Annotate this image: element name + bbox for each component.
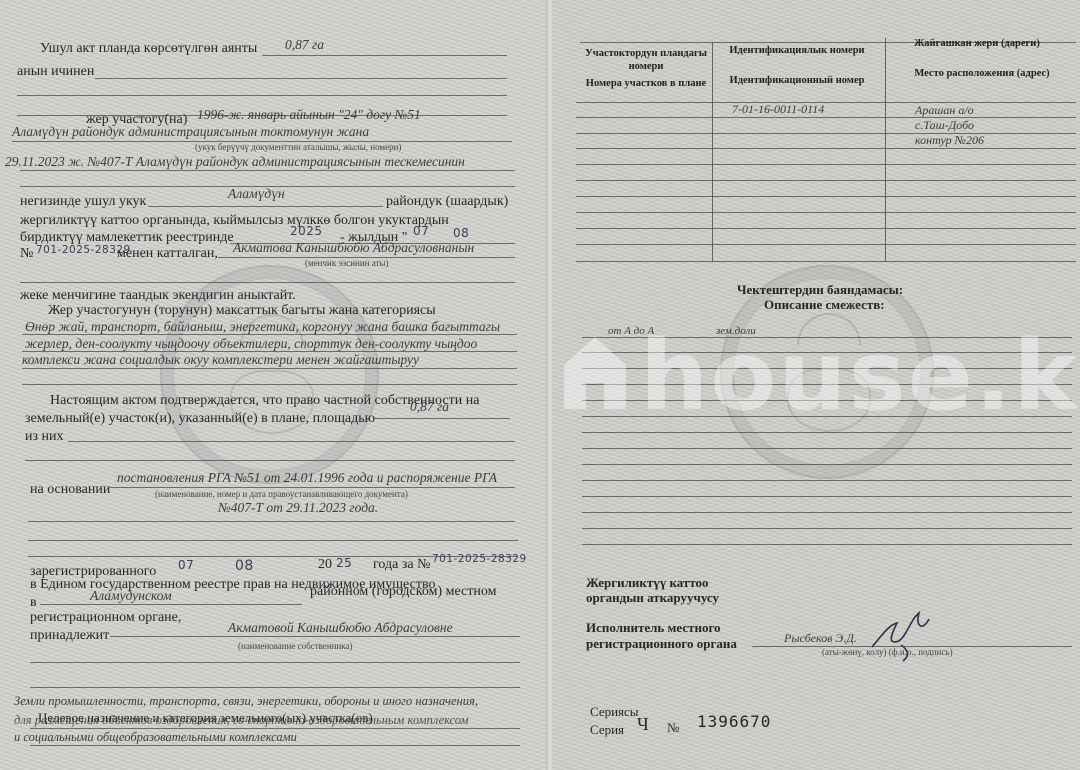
number-sign: № (667, 720, 679, 736)
adjacency-title-ru: Описание смежеств: (764, 297, 885, 313)
ru-owner: Акматовой Канышбюбю Абдрасуловне (228, 620, 453, 636)
registry-month: 08 (453, 226, 469, 240)
col-header-id-ru: Идентификационный номер (727, 74, 867, 87)
ru-district: Аламудунском (90, 588, 172, 604)
house-icon (560, 333, 630, 413)
purpose-label: Жер участогунун (торунун) максаттык багы… (48, 303, 436, 319)
table-cell-address-1: Арашан а/о (915, 102, 974, 118)
executor-ru-2: регистрационного органа (586, 636, 737, 652)
col-header-plan-no-ru: Номера участков в плане (580, 77, 712, 90)
ru-purpose-value-2: для размещения объектов оздоровления, со… (14, 712, 469, 728)
ru-basis-caption: (наименование, номер и дата правоустанав… (155, 489, 408, 499)
ru-basis-label: на основании (30, 482, 110, 498)
ru-purpose-value-3: и социальными общеобразовательными компл… (14, 729, 297, 745)
ru-reg-organ: регистрационном органе, (30, 610, 181, 626)
ru-of-them: из них (25, 429, 64, 445)
ru-basis-value-1: постановления РГА №51 от 24.01.1996 года… (117, 470, 497, 486)
purpose-value-2: жерлер, ден-соолукту чыңдоочу объектилер… (25, 336, 477, 352)
table-cell-address-2: с.Таш-Добо (915, 117, 974, 133)
ru-in: в (30, 595, 37, 611)
owner-caption: (менчик ээсинин аты) (305, 258, 388, 268)
plot-value-1: 1996-ж. январь айынын "24" догу №51 (197, 107, 421, 123)
registered-label: менен катталган, (117, 246, 218, 262)
executor-kg-2: органдын аткаруучусу (586, 590, 719, 606)
doc-caption: (укук берүүчү документтин аталышы, жылы,… (195, 142, 401, 152)
ru-owner-caption: (наименование собственника) (238, 641, 353, 651)
ru-basis-value-2: №407-Т от 29.11.2023 года. (218, 500, 378, 516)
ru-district-suffix: районном (городском) местном (310, 584, 496, 600)
registry-no-prefix: № (20, 246, 33, 262)
series-ru-label: Серия (590, 722, 624, 738)
ru-area: 0,87 га (410, 399, 449, 415)
area-label: Ушул акт планда көрсөтүлгөн аянты (40, 41, 257, 57)
table-cell-address-3: контур №206 (915, 132, 984, 148)
registry-year: 2025 (290, 224, 323, 238)
executor-ru-1: Исполнитель местного (586, 620, 721, 636)
basis-label: негизинде ушул укук (20, 194, 146, 210)
col-header-address-kg: Жайгашкан жери (дареги) (907, 37, 1047, 50)
ru-belongs: принадлежит (30, 628, 109, 644)
ru-year-prefix: 20 (318, 557, 332, 573)
left-page: Ушул акт планда көрсөтүлгөн аянты 0,87 г… (0, 0, 548, 770)
basis-district: Аламүдүн (228, 186, 285, 202)
col-header-address-ru: Место расположения (адрес) (907, 67, 1057, 80)
col-header-plan-no-kg: Участоктордун пландагы номери (580, 47, 712, 73)
ru-day: 07 (178, 558, 194, 572)
executor-kg-1: Жергиликтүү каттоо (586, 575, 709, 591)
ru-confirm-2: земельный(е) участок(и), указанный(е) в … (25, 411, 375, 427)
signature-caption: (аты-жөнү, колу) (ф.и.о., подпись) (822, 647, 953, 657)
plot-value-3: 29.11.2023 ж. №407-Т Аламүдүн райондук а… (5, 154, 465, 170)
ru-purpose-value-1: Земли промышленности, транспорта, связи,… (14, 693, 478, 709)
registry-day: 07 (413, 224, 429, 238)
ownership-text: жеке менчигине таандык экендигин аныктай… (20, 288, 296, 304)
series-kg-label: Сериясы (590, 704, 639, 720)
ru-reg-number: 701-2025-28329 (432, 553, 527, 565)
col-header-id-kg: Идентификациялык номери (722, 44, 872, 57)
ru-year-suffix: 25 (336, 556, 352, 570)
table-cell-id: 7-01-16-0011-0114 (732, 101, 824, 117)
serial-number: 1396670 (697, 714, 771, 730)
basis-suffix: райондук (шаардык) (386, 194, 508, 210)
adjacency-title-kg: Чектештердин баяндамасы: (737, 282, 903, 298)
registry-line-1: жергиликтүү каттоо органында, кыймылсыз … (20, 213, 449, 229)
area-value: 0,87 га (285, 37, 324, 53)
ru-month: 08 (235, 558, 254, 574)
owner-genitive: Акматова Канышбюбю Абдрасуловнанын (233, 240, 474, 256)
plot-value-2: Аламүдүн райондук администрациясынын ток… (12, 124, 369, 140)
of-them-label: анын ичинен (17, 64, 94, 80)
purpose-value-1: Өнөр жай, транспорт, байланыш, энергетик… (25, 319, 500, 335)
watermark-text: house.kg (640, 320, 1080, 432)
purpose-value-3: комплекси жана социалдык окуу комплексте… (22, 352, 419, 368)
series-letter: Ч (637, 716, 649, 732)
executor-name: Рысбеков Э.Д. (784, 630, 857, 646)
ru-year-label: года за № (373, 557, 430, 573)
